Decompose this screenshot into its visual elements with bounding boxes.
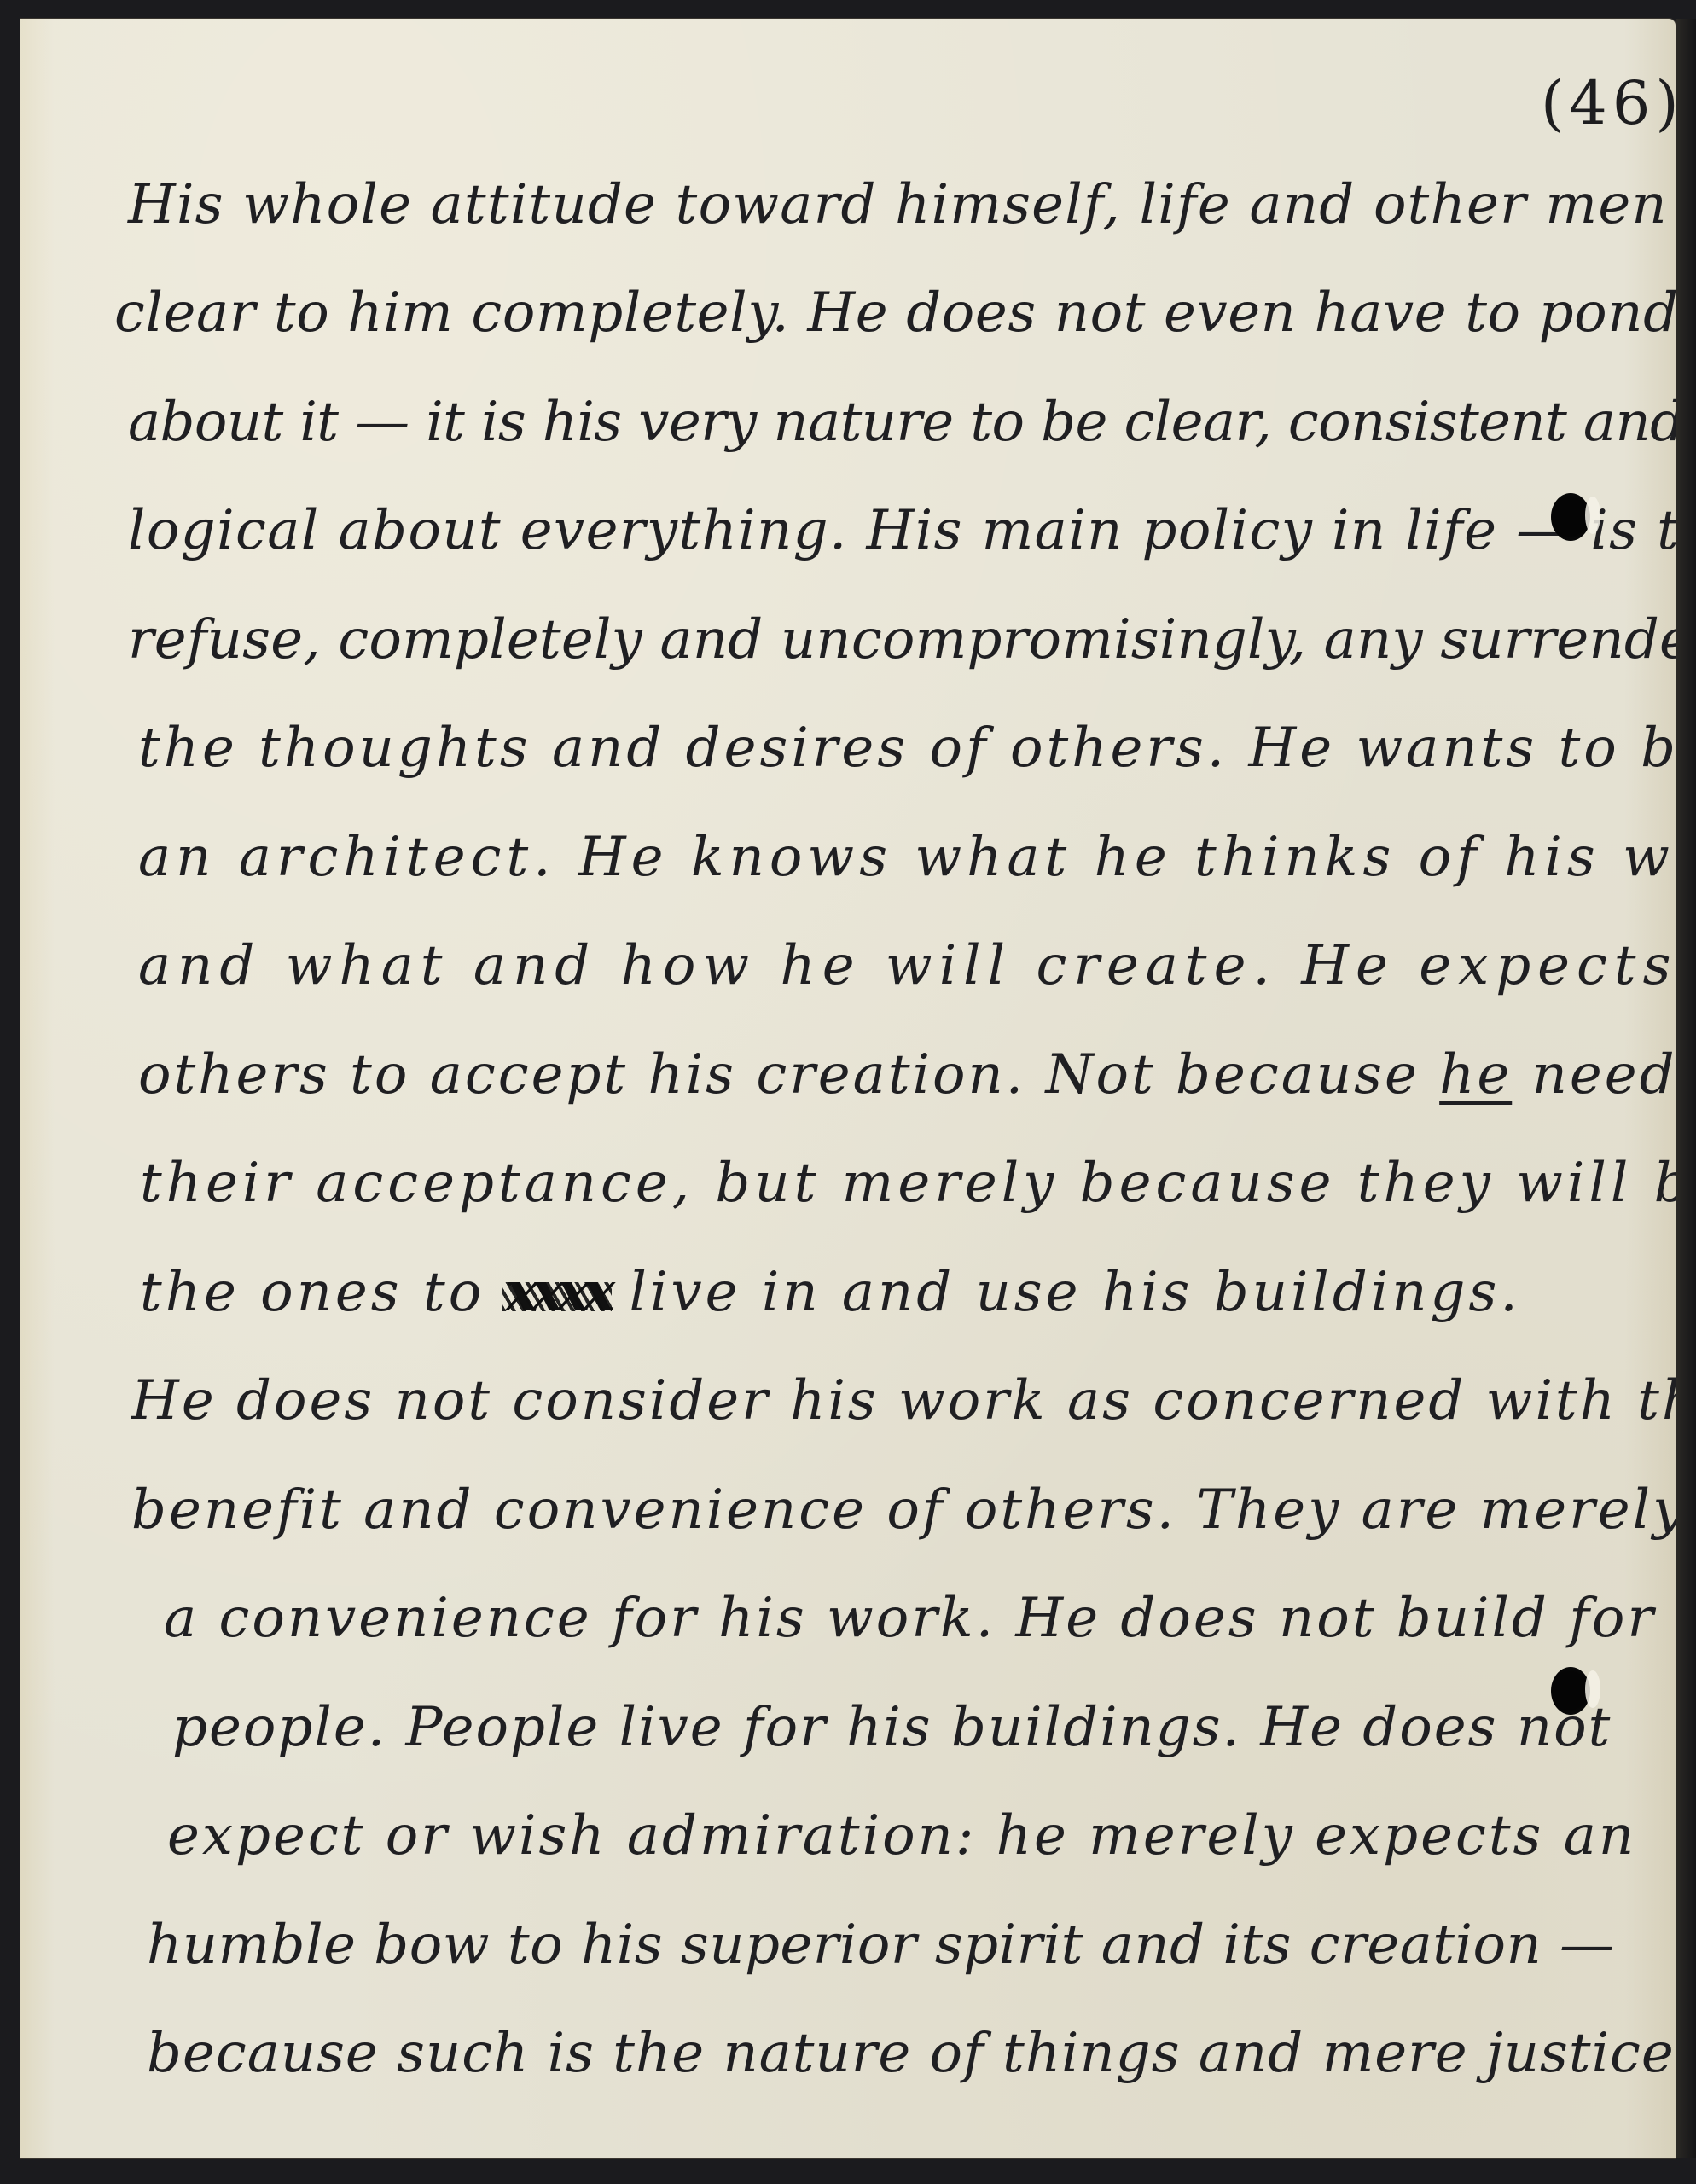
underlined-word: he [1439, 1043, 1512, 1107]
manuscript-page: (46) His whole attitude toward himself, … [20, 19, 1676, 2158]
line-text: others to accept his creation. Not becau… [138, 1043, 1439, 1107]
handwritten-line: the ones to xxxx live in and use his bui… [140, 1265, 1521, 1320]
handwritten-line: people. People live for his buildings. H… [172, 1700, 1612, 1755]
handwritten-line: His whole attitude toward himself, life … [128, 177, 1696, 232]
handwritten-line: He does not consider his work as concern… [131, 1374, 1696, 1428]
handwritten-line: the thoughts and desires of others. He w… [138, 721, 1696, 775]
handwritten-line: clear to him completely. He does not eve… [114, 286, 1696, 340]
handwritten-line: expect or wish admiration: he merely exp… [167, 1809, 1636, 1863]
handwritten-line: humble bow to his superior spirit and it… [147, 1918, 1615, 1972]
punch-hole [1551, 493, 1590, 541]
handwritten-line: their acceptance, but merely because the… [140, 1156, 1696, 1211]
handwritten-line: others to accept his creation. Not becau… [138, 1048, 1696, 1102]
line-text: live in and use his buildings. [608, 1261, 1520, 1324]
scanned-document: (46) His whole attitude toward himself, … [0, 0, 1696, 2184]
handwritten-line: logical about everything. His main polic… [128, 503, 1696, 558]
handwritten-line: refuse, completely and uncompromisingly,… [128, 613, 1696, 667]
handwritten-line: and what and how he will create. He expe… [138, 938, 1677, 993]
handwritten-line: about it — it is his very nature to be c… [128, 395, 1684, 450]
scan-edge-shadow [1676, 19, 1696, 2158]
page-number: (46) [1541, 68, 1684, 138]
punch-hole [1551, 1667, 1590, 1715]
handwritten-line: an architect. He knows what he thinks of… [138, 830, 1696, 885]
handwritten-line: a convenience for his work. He does not … [164, 1591, 1656, 1646]
handwritten-line: because such is the nature of things and… [147, 2026, 1693, 2081]
handwritten-line: benefit and convenience of others. They … [131, 1483, 1686, 1537]
line-text: needs [1512, 1043, 1696, 1107]
struck-out-word: xxxx [506, 1265, 609, 1320]
line-text: the ones to [140, 1261, 506, 1324]
